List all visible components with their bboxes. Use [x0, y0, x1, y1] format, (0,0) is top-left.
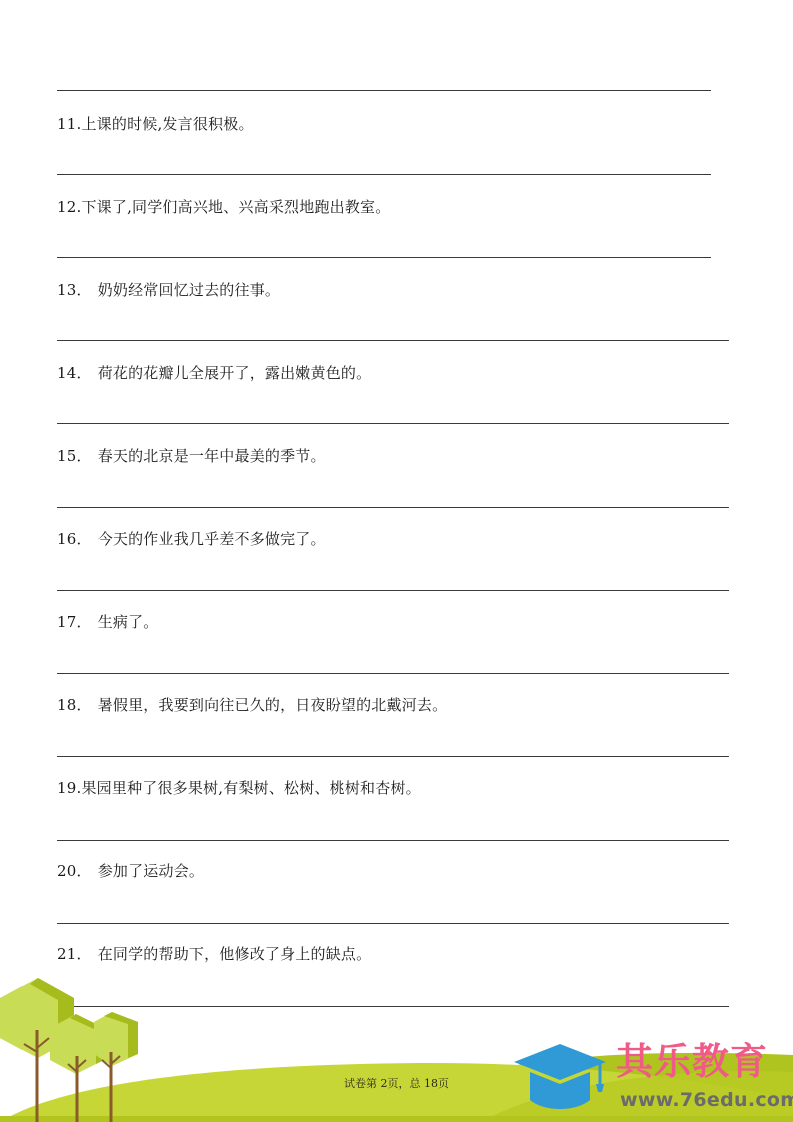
- question-number: 13．: [57, 281, 92, 299]
- question-text: 果园里种了很多果树,有梨树、松树、桃树和杏树。: [81, 779, 420, 797]
- question-13: 13．奶奶经常回忆过去的往事。: [57, 280, 280, 300]
- logo-title: 其乐教育: [616, 1042, 768, 1082]
- question-text: 奶奶经常回忆过去的往事。: [98, 281, 280, 299]
- question-text: 生病了。: [98, 613, 159, 631]
- question-number: 15．: [57, 447, 92, 465]
- answer-line: [57, 340, 729, 341]
- answer-line: [57, 756, 729, 757]
- question-20: 20．参加了运动会。: [57, 861, 204, 881]
- question-text: 参加了运动会。: [98, 862, 204, 880]
- question-14: 14．荷花的花瓣儿全展开了，露出嫩黄色的。: [57, 363, 371, 383]
- question-number: 12.: [57, 198, 81, 216]
- question-12: 12.下课了,同学们高兴地、兴高采烈地跑出教室。: [57, 197, 390, 217]
- question-text: 今天的作业我几乎差不多做完了。: [98, 530, 326, 548]
- question-19: 19.果园里种了很多果树,有梨树、松树、桃树和杏树。: [57, 778, 421, 798]
- answer-line: [57, 840, 729, 841]
- worksheet-page: 11.上课的时候,发言很积极。 12.下课了,同学们高兴地、兴高采烈地跑出教室。…: [0, 0, 793, 1122]
- question-text: 下课了,同学们高兴地、兴高采烈地跑出教室。: [81, 198, 390, 216]
- answer-line: [57, 174, 711, 175]
- question-17: 17．生病了。: [57, 612, 159, 632]
- question-16: 16．今天的作业我几乎差不多做完了。: [57, 529, 326, 549]
- question-number: 17．: [57, 613, 92, 631]
- question-18: 18．暑假里，我要到向往已久的，日夜盼望的北戴河去。: [57, 695, 447, 715]
- question-text: 暑假里，我要到向往已久的，日夜盼望的北戴河去。: [98, 696, 448, 714]
- question-15: 15．春天的北京是一年中最美的季节。: [57, 446, 326, 466]
- graduation-cap-icon: [508, 1040, 618, 1120]
- question-number: 11.: [57, 115, 81, 133]
- question-number: 18．: [57, 696, 92, 714]
- question-11: 11.上课的时候,发言很积极。: [57, 114, 254, 134]
- answer-line: [57, 423, 729, 424]
- answer-line: [57, 90, 711, 91]
- question-text: 荷花的花瓣儿全展开了，露出嫩黄色的。: [98, 364, 372, 382]
- answer-line: [57, 923, 729, 924]
- question-number: 14．: [57, 364, 92, 382]
- answer-line: [57, 507, 729, 508]
- question-number: 20．: [57, 862, 92, 880]
- question-number: 16．: [57, 530, 92, 548]
- logo-url: www.76edu.com: [620, 1089, 793, 1111]
- question-text: 春天的北京是一年中最美的季节。: [98, 447, 326, 465]
- brand-logo: 其乐教育 www.76edu.com: [508, 1040, 793, 1120]
- answer-line: [57, 673, 729, 674]
- answer-line: [57, 590, 729, 591]
- question-number: 19.: [57, 779, 81, 797]
- question-text: 上课的时候,发言很积极。: [81, 115, 253, 133]
- answer-line: [57, 257, 711, 258]
